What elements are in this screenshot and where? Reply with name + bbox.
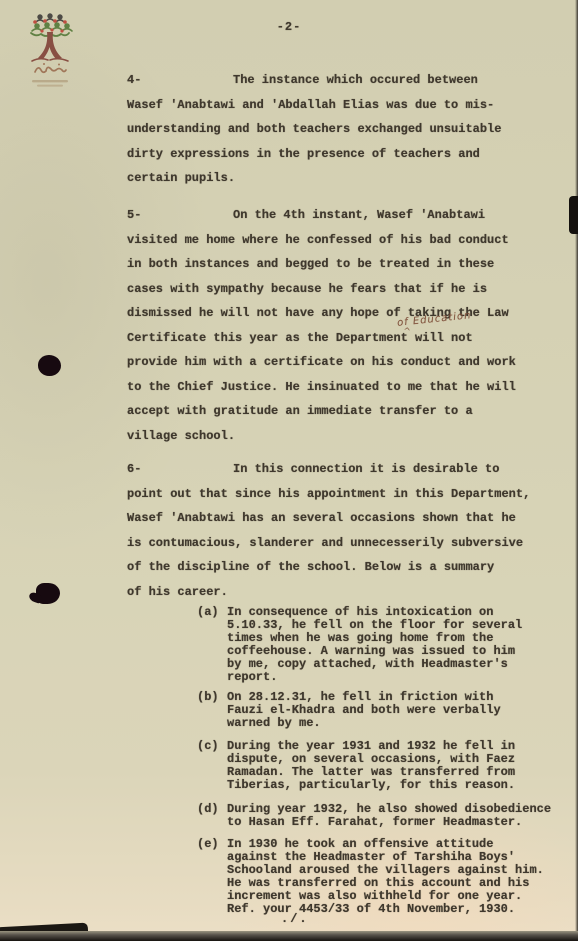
list-item-d: (d) During year 1932, he also showed dis… (227, 803, 551, 829)
typewritten-line: 6-In this connection it is desirable to (127, 457, 530, 482)
list-item-e: (e) In 1930 he took an offensive attitud… (227, 838, 544, 916)
paragraph-number: 4- (127, 68, 233, 93)
ink-blot (36, 583, 60, 604)
typewritten-line: to the Chief Justice. He insinuated to m… (127, 375, 516, 400)
typewritten-line: Tiberias, particularly, for this reason. (227, 779, 515, 792)
typewritten-line: understanding and both teachers exchange… (127, 117, 501, 142)
typewritten-line: Ref. your 4453/33 of 4th November, 1930. (227, 903, 544, 916)
typewritten-line: Wasef 'Anabtawi has an several occasions… (127, 506, 530, 531)
list-marker: (a) (197, 606, 219, 619)
typewritten-line: Certificate this year as the Department … (127, 326, 516, 351)
ink-blot (38, 355, 61, 376)
typewritten-line: 4-The instance which occured between (127, 68, 501, 93)
typewritten-text: On the 4th instant, Wasef 'Anabtawi (233, 208, 485, 222)
typewritten-line: of the discipline of the school. Below i… (127, 555, 530, 580)
list-marker: (b) (197, 691, 219, 704)
paragraph-number: 6- (127, 457, 233, 482)
typewritten-line: Wasef 'Anabtawi and 'Abdallah Elias was … (127, 93, 501, 118)
list-marker: (d) (197, 803, 219, 816)
typewritten-line: certain pupils. (127, 166, 501, 191)
typewritten-line: in both instances and begged to be treat… (127, 252, 516, 277)
paragraph-number: 5- (127, 203, 233, 228)
page-number: -2- (0, 20, 578, 34)
list-item-c: (c) During the year 1931 and 1932 he fel… (227, 740, 515, 792)
insertion-caret: ^ (402, 327, 411, 338)
list-marker: (c) (197, 740, 219, 753)
typewritten-text: The instance which occured between (233, 73, 478, 87)
typewritten-line: point out that since his appointment in … (127, 482, 530, 507)
typewritten-line: village school. (127, 424, 516, 449)
typewritten-line: to Hasan Eff. Farahat, former Headmaster… (227, 816, 551, 829)
typewritten-line: cases with sympathy because he fears tha… (127, 277, 516, 302)
list-marker: (e) (197, 838, 219, 851)
typewritten-line: accept with gratitude an immediate trans… (127, 399, 516, 424)
typewritten-text: In this connection it is desirable to (233, 462, 499, 476)
paragraph-4: 4-The instance which occured between Was… (127, 68, 501, 191)
typewritten-line: visited me home where he confessed of hi… (127, 228, 516, 253)
typewritten-line: 5-On the 4th instant, Wasef 'Anabtawi (127, 203, 516, 228)
scan-edge-bottom (0, 931, 578, 941)
typewritten-line: is contumacious, slanderer and unnecesse… (127, 531, 530, 556)
paragraph-6: 6-In this connection it is desirable to … (127, 457, 530, 604)
paragraph-5: 5-On the 4th instant, Wasef 'Anabtawi vi… (127, 203, 516, 448)
typewritten-line: of his career. (127, 580, 530, 605)
list-item-a: (a) In consequence of his intoxication o… (227, 606, 522, 684)
typewritten-line: report. (227, 671, 522, 684)
continuation-mark: ./. (281, 912, 309, 926)
list-item-b: (b) On 28.12.31, he fell in friction wit… (227, 691, 501, 730)
typewritten-line: provide him with a certificate on his co… (127, 350, 516, 375)
scan-edge-notch (569, 196, 578, 234)
typewritten-line: warned by me. (227, 717, 501, 730)
typewritten-line: dirty expressions in the presence of tea… (127, 142, 501, 167)
paper-page: -2- 4-The instance which occured between… (0, 0, 578, 941)
